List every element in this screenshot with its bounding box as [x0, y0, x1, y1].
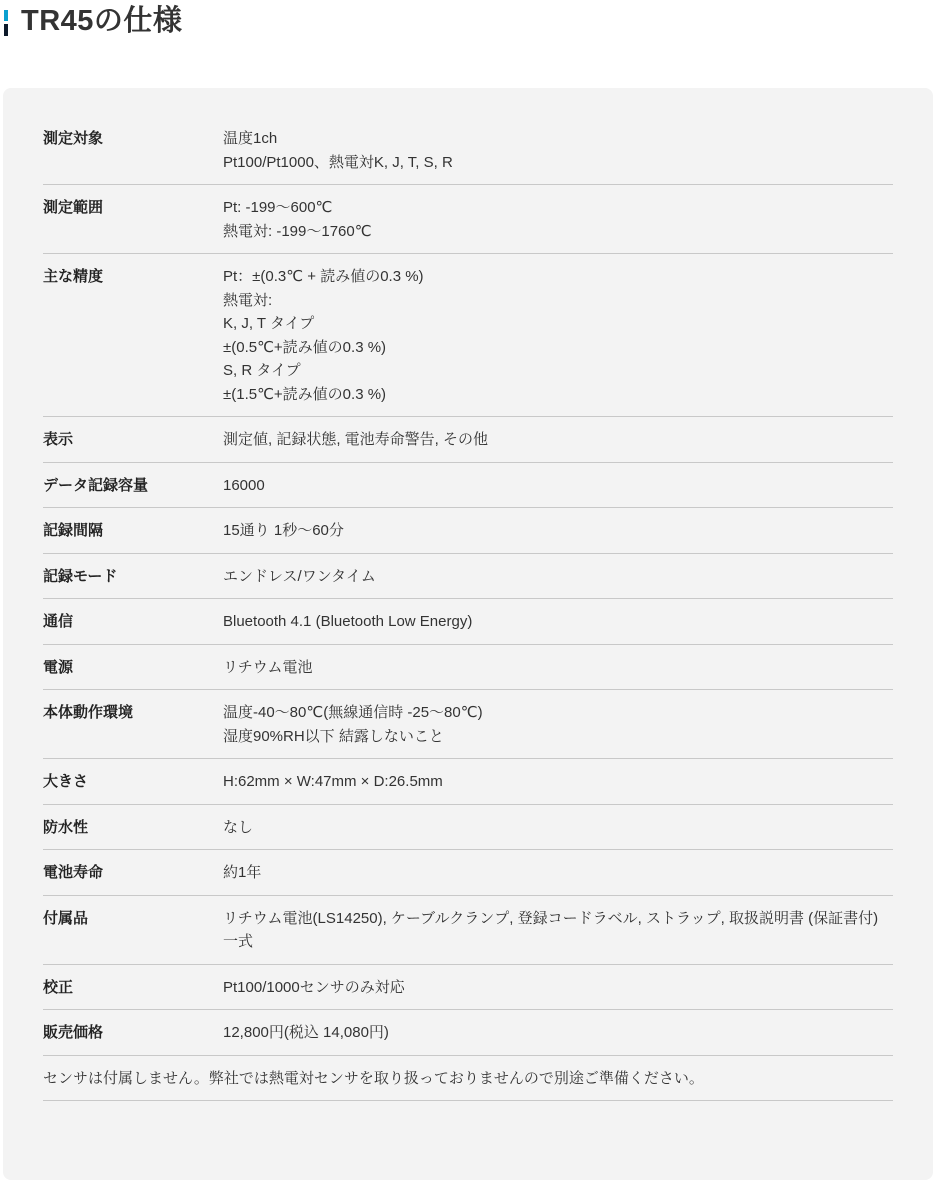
- spec-row-accuracy: 主な精度 Pt：±(0.3℃ + 読み値の0.3 %) 熱電対: K, J, T…: [43, 254, 893, 417]
- spec-label: 表示: [43, 417, 223, 463]
- spec-row-recording-mode: 記録モード エンドレス/ワンタイム: [43, 553, 893, 599]
- spec-row-measurement-target: 測定対象 温度1ch Pt100/Pt1000、熱電対K, J, T, S, R: [43, 115, 893, 185]
- spec-label: 本体動作環境: [43, 690, 223, 759]
- spec-value: 15通り 1秒～60分: [223, 508, 893, 554]
- spec-label: データ記録容量: [43, 462, 223, 508]
- spec-label: 校正: [43, 964, 223, 1010]
- spec-value: 約1年: [223, 850, 893, 896]
- spec-row-price: 販売価格 12,800円(税込 14,080円): [43, 1010, 893, 1056]
- spec-value: なし: [223, 804, 893, 850]
- spec-label: 販売価格: [43, 1010, 223, 1056]
- spec-label: 記録モード: [43, 553, 223, 599]
- accent-bar-bottom: [4, 24, 8, 36]
- spec-value: Pt：±(0.3℃ + 読み値の0.3 %) 熱電対: K, J, T タイプ …: [223, 254, 893, 417]
- spec-label: 付属品: [43, 895, 223, 964]
- spec-row-display: 表示 測定値, 記録状態, 電池寿命警告, その他: [43, 417, 893, 463]
- sensor-note: センサは付属しません。弊社では熱電対センサを取り扱っておりませんので別途ご準備く…: [43, 1055, 893, 1101]
- spec-row-recording-interval: 記録間隔 15通り 1秒～60分: [43, 508, 893, 554]
- spec-value: 温度1ch Pt100/Pt1000、熱電対K, J, T, S, R: [223, 115, 893, 185]
- spec-label: 大きさ: [43, 759, 223, 805]
- spec-value: リチウム電池: [223, 644, 893, 690]
- spec-row-waterproof: 防水性 なし: [43, 804, 893, 850]
- spec-label: 主な精度: [43, 254, 223, 417]
- spec-value: リチウム電池(LS14250), ケーブルクランプ, 登録コードラベル, ストラ…: [223, 895, 893, 964]
- spec-value: Pt: -199～600℃ 熱電対: -199～1760℃: [223, 185, 893, 254]
- spec-label: 電池寿命: [43, 850, 223, 896]
- page-title: TR45の仕様: [21, 3, 182, 39]
- spec-row-operating-environment: 本体動作環境 温度-40～80℃(無線通信時 -25～80℃) 湿度90%RH以…: [43, 690, 893, 759]
- spec-value: 16000: [223, 462, 893, 508]
- spec-label: 電源: [43, 644, 223, 690]
- spec-row-data-capacity: データ記録容量 16000: [43, 462, 893, 508]
- spec-label: 測定範囲: [43, 185, 223, 254]
- spec-value: Pt100/1000センサのみ対応: [223, 964, 893, 1010]
- page-heading: TR45の仕様: [0, 0, 937, 40]
- spec-value: 測定値, 記録状態, 電池寿命警告, その他: [223, 417, 893, 463]
- spec-panel: 測定対象 温度1ch Pt100/Pt1000、熱電対K, J, T, S, R…: [3, 88, 933, 1180]
- spec-row-communication: 通信 Bluetooth 4.1 (Bluetooth Low Energy): [43, 599, 893, 645]
- spec-row-note: センサは付属しません。弊社では熱電対センサを取り扱っておりませんので別途ご準備く…: [43, 1055, 893, 1101]
- spec-value: H:62mm × W:47mm × D:26.5mm: [223, 759, 893, 805]
- spec-label: 記録間隔: [43, 508, 223, 554]
- spec-label: 測定対象: [43, 115, 223, 185]
- spec-row-size: 大きさ H:62mm × W:47mm × D:26.5mm: [43, 759, 893, 805]
- spec-value: 温度-40～80℃(無線通信時 -25～80℃) 湿度90%RH以下 結露しない…: [223, 690, 893, 759]
- accent-bar-top: [4, 10, 8, 21]
- spec-row-power: 電源 リチウム電池: [43, 644, 893, 690]
- spec-row-calibration: 校正 Pt100/1000センサのみ対応: [43, 964, 893, 1010]
- spec-label: 防水性: [43, 804, 223, 850]
- spec-label: 通信: [43, 599, 223, 645]
- spec-row-accessories: 付属品 リチウム電池(LS14250), ケーブルクランプ, 登録コードラベル,…: [43, 895, 893, 964]
- spec-row-battery-life: 電池寿命 約1年: [43, 850, 893, 896]
- spec-value: 12,800円(税込 14,080円): [223, 1010, 893, 1056]
- spec-row-measurement-range: 測定範囲 Pt: -199～600℃ 熱電対: -199～1760℃: [43, 185, 893, 254]
- spec-value: エンドレス/ワンタイム: [223, 553, 893, 599]
- spec-value: Bluetooth 4.1 (Bluetooth Low Energy): [223, 599, 893, 645]
- spec-table: 測定対象 温度1ch Pt100/Pt1000、熱電対K, J, T, S, R…: [43, 115, 893, 1101]
- heading-accent-bar-icon: [4, 10, 8, 36]
